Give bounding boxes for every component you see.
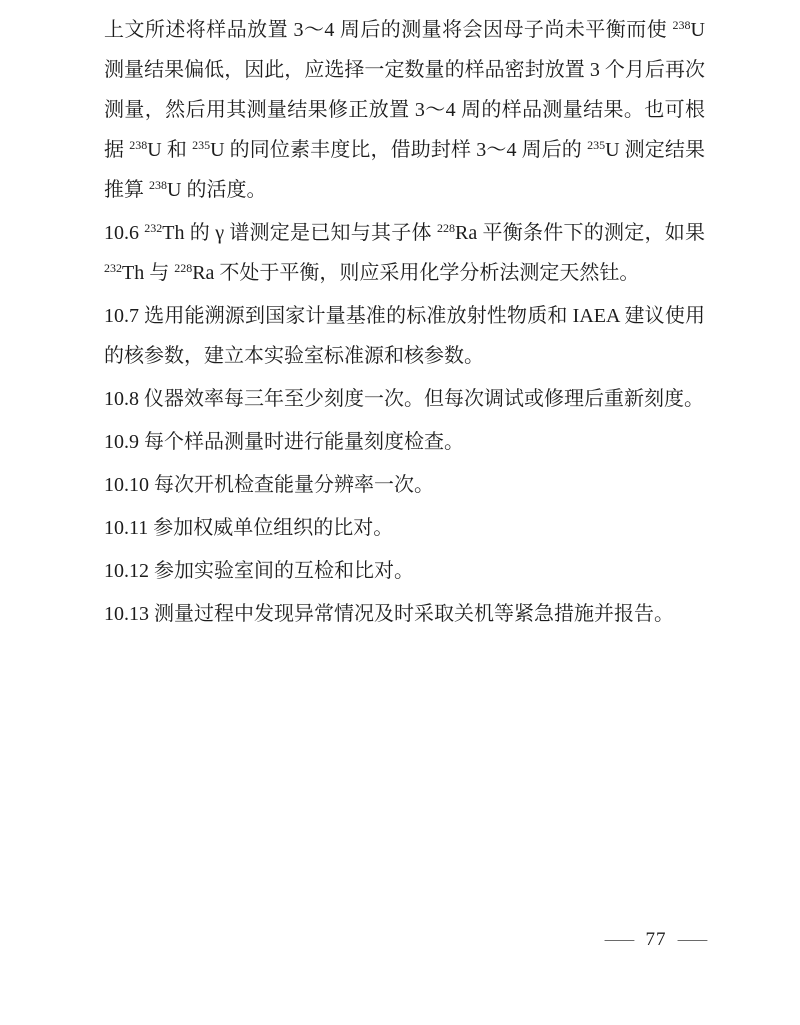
document-page: 上文所述将样品放置 3～4 周后的测量将会因母子尚未平衡而使 238U 测量结果… bbox=[0, 0, 800, 1025]
isotope-superscript: 238 bbox=[129, 138, 147, 152]
text-run: U 的活度。 bbox=[167, 179, 266, 201]
text-run: Th 的 γ 谱测定是已知与其子体 bbox=[162, 222, 437, 244]
text-run: 10.9 每个样品测量时进行能量刻度检查。 bbox=[104, 431, 464, 453]
isotope-superscript: 235 bbox=[192, 138, 210, 152]
text-run: U 和 bbox=[147, 139, 192, 161]
paragraph-10-8: 10.8 仪器效率每三年至少刻度一次。但每次调试或修理后重新刻度。 bbox=[104, 379, 705, 419]
text-run: U 的同位素丰度比，借助封样 3～4 周后的 bbox=[210, 139, 587, 161]
document-body: 上文所述将样品放置 3～4 周后的测量将会因母子尚未平衡而使 238U 测量结果… bbox=[104, 10, 705, 637]
isotope-superscript: 228 bbox=[437, 221, 455, 235]
paragraph-10-11: 10.11 参加权威单位组织的比对。 bbox=[104, 508, 705, 548]
isotope-superscript: 238 bbox=[673, 18, 691, 32]
text-run: 10.10 每次开机检查能量分辨率一次。 bbox=[104, 474, 434, 496]
page-footer: — 77 — bbox=[610, 926, 702, 954]
paragraph-10-7: 10.7 选用能溯源到国家计量基准的标准放射性物质和 IAEA 建议使用的核参数… bbox=[104, 296, 705, 376]
isotope-superscript: 238 bbox=[149, 178, 167, 192]
isotope-superscript: 228 bbox=[174, 261, 192, 275]
text-run: 10.8 仪器效率每三年至少刻度一次。但每次调试或修理后重新刻度。 bbox=[104, 388, 704, 410]
isotope-superscript: 232 bbox=[144, 221, 162, 235]
text-run: 10.13 测量过程中发现异常情况及时采取关机等紧急措施并报告。 bbox=[104, 603, 674, 625]
text-run: 10.11 参加权威单位组织的比对。 bbox=[104, 517, 393, 539]
footer-dash-left: — bbox=[605, 929, 634, 951]
paragraph-continuation: 上文所述将样品放置 3～4 周后的测量将会因母子尚未平衡而使 238U 测量结果… bbox=[104, 10, 705, 210]
isotope-superscript: 232 bbox=[104, 261, 122, 275]
paragraph-10-10: 10.10 每次开机检查能量分辨率一次。 bbox=[104, 465, 705, 505]
text-run: 10.7 选用能溯源到国家计量基准的标准放射性物质和 IAEA 建议使用的核参数… bbox=[104, 305, 705, 367]
footer-dash-right: — bbox=[678, 929, 707, 951]
paragraph-10-9: 10.9 每个样品测量时进行能量刻度检查。 bbox=[104, 422, 705, 462]
text-run: 10.6 bbox=[104, 222, 144, 244]
text-run: Ra 不处于平衡，则应采用化学分析法测定天然钍。 bbox=[192, 262, 639, 284]
isotope-superscript: 235 bbox=[587, 138, 605, 152]
paragraph-10-13: 10.13 测量过程中发现异常情况及时采取关机等紧急措施并报告。 bbox=[104, 594, 705, 634]
text-run: Ra 平衡条件下的测定，如果 bbox=[455, 222, 705, 244]
page-number: 77 bbox=[646, 929, 667, 951]
text-run: 上文所述将样品放置 3～4 周后的测量将会因母子尚未平衡而使 bbox=[104, 19, 673, 41]
paragraph-10-6: 10.6 232Th 的 γ 谱测定是已知与其子体 228Ra 平衡条件下的测定… bbox=[104, 213, 705, 293]
text-run: Th 与 bbox=[122, 262, 174, 284]
paragraph-10-12: 10.12 参加实验室间的互检和比对。 bbox=[104, 551, 705, 591]
text-run: 10.12 参加实验室间的互检和比对。 bbox=[104, 560, 414, 582]
